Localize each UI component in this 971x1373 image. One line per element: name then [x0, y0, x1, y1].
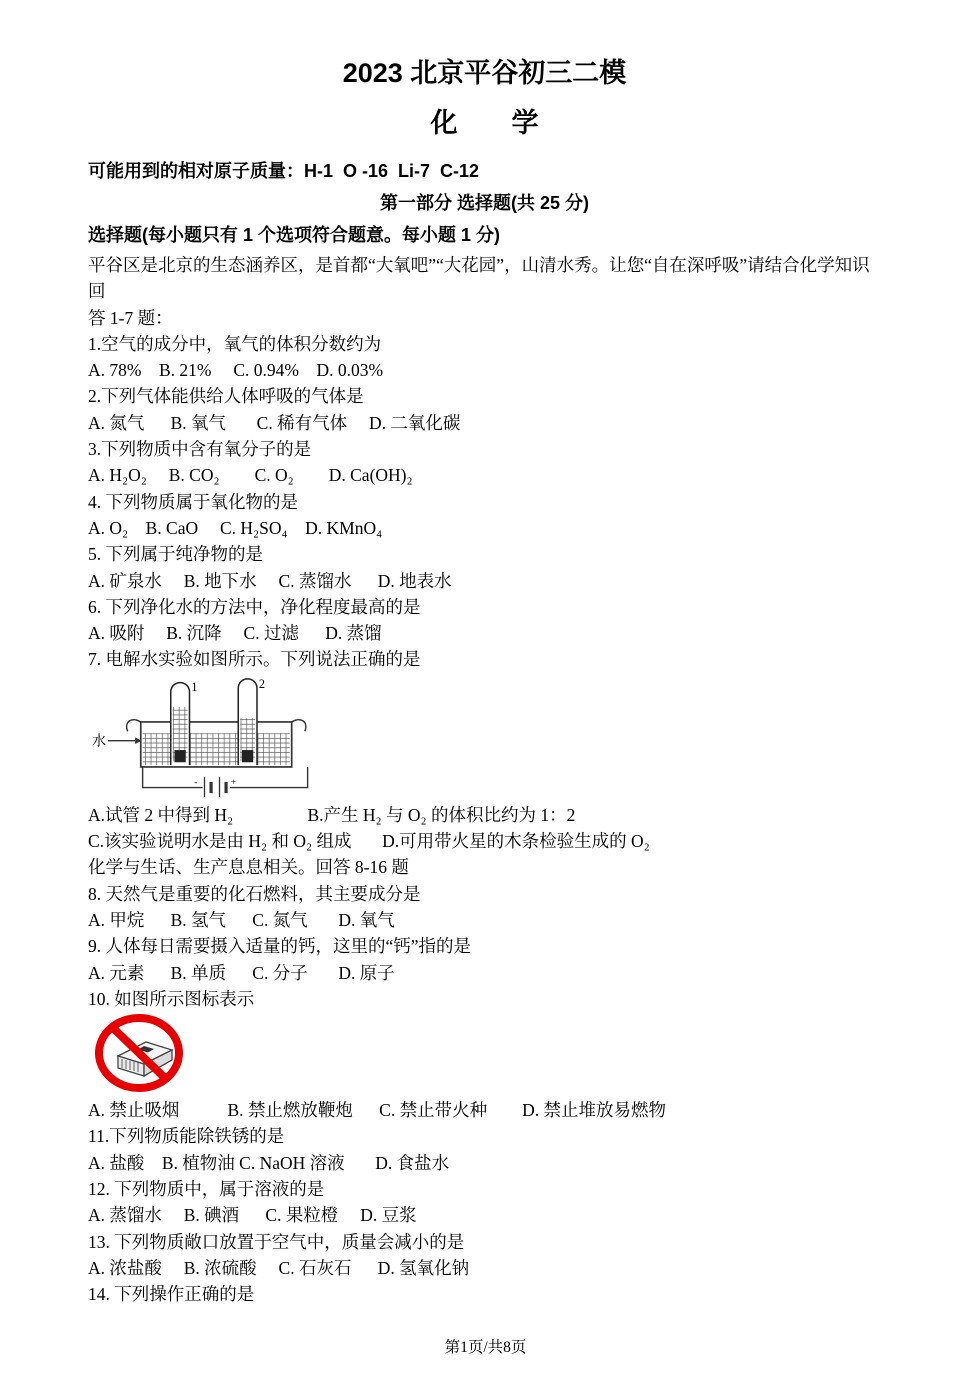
battery-icon [205, 777, 227, 797]
question-stem: 10. 如图所示图标表示 [88, 986, 881, 1012]
battery-positive-label: + [231, 778, 236, 788]
question-stem: 13. 下列物质敞口放置于空气中，质量会减小的是 [88, 1229, 881, 1255]
option-line: A. 78% B. 21% C. 0.94% D. 0.03% [88, 357, 881, 383]
page-footer: 第1页/共8页 [0, 1335, 971, 1357]
question-stem: 4. 下列物质属于氧化物的是 [88, 489, 881, 515]
water-label: 水 [92, 732, 106, 749]
question-stem: 12. 下列物质中，属于溶液的是 [88, 1176, 881, 1202]
question-13: 13. 下列物质敞口放置于空气中，质量会减小的是 A. 浓盐酸 B. 浓硫酸 C… [88, 1229, 881, 1282]
option-line: A. O₂ B. CaO C. H₂SO₄ D. KMnO₄ [88, 515, 881, 541]
water-electrolysis-figure: 1 2 水 - + [92, 675, 881, 802]
exam-page: 2023 北京平谷初三二模 化 学 可能用到的相对原子质量：H-1 O -16 … [0, 0, 971, 1373]
question-stem: 9. 人体每日需要摄入适量的钙，这里的“钙”指的是 [88, 933, 881, 959]
water [143, 733, 290, 765]
trough-rim-right [292, 719, 306, 731]
no-fireworks-icon [92, 1014, 186, 1092]
question-stem: 3.下列物质中含有氧分子的是 [88, 436, 881, 462]
option-line: C.该实验说明水是由 H₂ 和 O₂ 组成 D.可用带火星的木条检验生成的 O₂ [88, 828, 881, 854]
prohibition-sign-figure [92, 1014, 881, 1097]
question-stem: 7. 电解水实验如图所示。下列说法正确的是 [88, 646, 881, 672]
question-12: 12. 下列物质中，属于溶液的是 A. 蒸馏水 B. 碘酒 C. 果粒橙 D. … [88, 1176, 881, 1229]
question-14: 14. 下列操作正确的是 [88, 1281, 881, 1307]
question-stem: 14. 下列操作正确的是 [88, 1281, 881, 1307]
option-line: A.试管 2 中得到 H₂ B.产生 H₂ 与 O₂ 的体积比约为 1：2 [88, 802, 881, 828]
instructions: 选择题(每小题只有 1 个选项符合题意。每小题 1 分) [88, 222, 881, 248]
option-line: A. 甲烷 B. 氢气 C. 氮气 D. 氧气 [88, 907, 881, 933]
question-5: 5. 下列属于纯净物的是 A. 矿泉水 B. 地下水 C. 蒸馏水 D. 地表水 [88, 541, 881, 594]
question-stem: 6. 下列净化水的方法中，净化程度最高的是 [88, 594, 881, 620]
option-line: A. 元素 B. 单质 C. 分子 D. 原子 [88, 960, 881, 986]
question-1: 1.空气的成分中，氧气的体积分数约为 A. 78% B. 21% C. 0.94… [88, 331, 881, 384]
question-2: 2.下列气体能供给人体呼吸的气体是 A. 氮气 B. 氧气 C. 稀有气体 D.… [88, 383, 881, 436]
option-line: A. 氮气 B. 氧气 C. 稀有气体 D. 二氧化碳 [88, 410, 881, 436]
question-3: 3.下列物质中含有氧分子的是 A. H₂O₂ B. CO₂ C. O₂ D. C… [88, 436, 881, 489]
intro-paragraph: 平谷区是北京的生态涵养区，是首都“大氧吧”“大花园”，山清水秀。让您“自在深呼吸… [88, 252, 881, 331]
intro-line-1: 平谷区是北京的生态涵养区，是首都“大氧吧”“大花园”，山清水秀。让您“自在深呼吸… [88, 252, 881, 305]
section-transition: 化学与生话、生产息息相关。回答 8-16 题 [88, 854, 881, 880]
question-11: 11.下列物质能除铁锈的是 A. 盐酸 B. 植物油 C. NaOH 溶液 D.… [88, 1123, 881, 1176]
option-line: A. H₂O₂ B. CO₂ C. O₂ D. Ca(OH)₂ [88, 462, 881, 488]
question-stem: 5. 下列属于纯净物的是 [88, 541, 881, 567]
subject-title: 化 学 [88, 106, 881, 140]
question-stem: 2.下列气体能供给人体呼吸的气体是 [88, 383, 881, 409]
question-10: 10. 如图所示图标表示 A. 禁止吸烟 B. 禁止燃放鞭炮 C. 禁止带火种 [88, 986, 881, 1124]
trough-rim-left [127, 719, 141, 731]
option-line: A. 吸附 B. 沉降 C. 过滤 D. 蒸馏 [88, 620, 881, 646]
question-6: 6. 下列净化水的方法中，净化程度最高的是 A. 吸附 B. 沉降 C. 过滤 … [88, 594, 881, 647]
question-9: 9. 人体每日需要摄入适量的钙，这里的“钙”指的是 A. 元素 B. 单质 C.… [88, 933, 881, 986]
option-line: A. 蒸馏水 B. 碘酒 C. 果粒橙 D. 豆浆 [88, 1202, 881, 1228]
question-stem: 8. 天然气是重要的化石燃料，其主要成分是 [88, 881, 881, 907]
wire-right [230, 767, 308, 788]
page-title: 2023 北京平谷初三二模 [88, 56, 881, 90]
intro-line-2: 答 1-7 题： [88, 305, 881, 331]
water-electrolysis-diagram: 1 2 水 - + [92, 675, 317, 797]
electrode-1 [175, 750, 186, 762]
tube-2-label: 2 [259, 677, 265, 691]
question-4: 4. 下列物质属于氧化物的是 A. O₂ B. CaO C. H₂SO₄ D. … [88, 489, 881, 542]
part-header: 第一部分 选择题(共 25 分) [88, 190, 881, 216]
question-7: 7. 电解水实验如图所示。下列说法正确的是 [88, 646, 881, 854]
question-stem: 11.下列物质能除铁锈的是 [88, 1123, 881, 1149]
tube-1-label: 1 [191, 680, 197, 694]
question-8: 8. 天然气是重要的化石燃料，其主要成分是 A. 甲烷 B. 氢气 C. 氮气 … [88, 881, 881, 934]
battery-negative-label: - [194, 778, 197, 788]
option-line: A. 浓盐酸 B. 浓硫酸 C. 石灰石 D. 氢氧化钠 [88, 1255, 881, 1281]
question-stem: 1.空气的成分中，氧气的体积分数约为 [88, 331, 881, 357]
option-line: A. 盐酸 B. 植物油 C. NaOH 溶液 D. 食盐水 [88, 1150, 881, 1176]
option-line: A. 矿泉水 B. 地下水 C. 蒸馏水 D. 地表水 [88, 568, 881, 594]
option-line: A. 禁止吸烟 B. 禁止燃放鞭炮 C. 禁止带火种 D. 禁止堆放易燃物 [88, 1097, 881, 1123]
atomic-mass-note: 可能用到的相对原子质量：H-1 O -16 Li-7 C-12 [88, 158, 881, 184]
electrode-2 [242, 750, 253, 762]
